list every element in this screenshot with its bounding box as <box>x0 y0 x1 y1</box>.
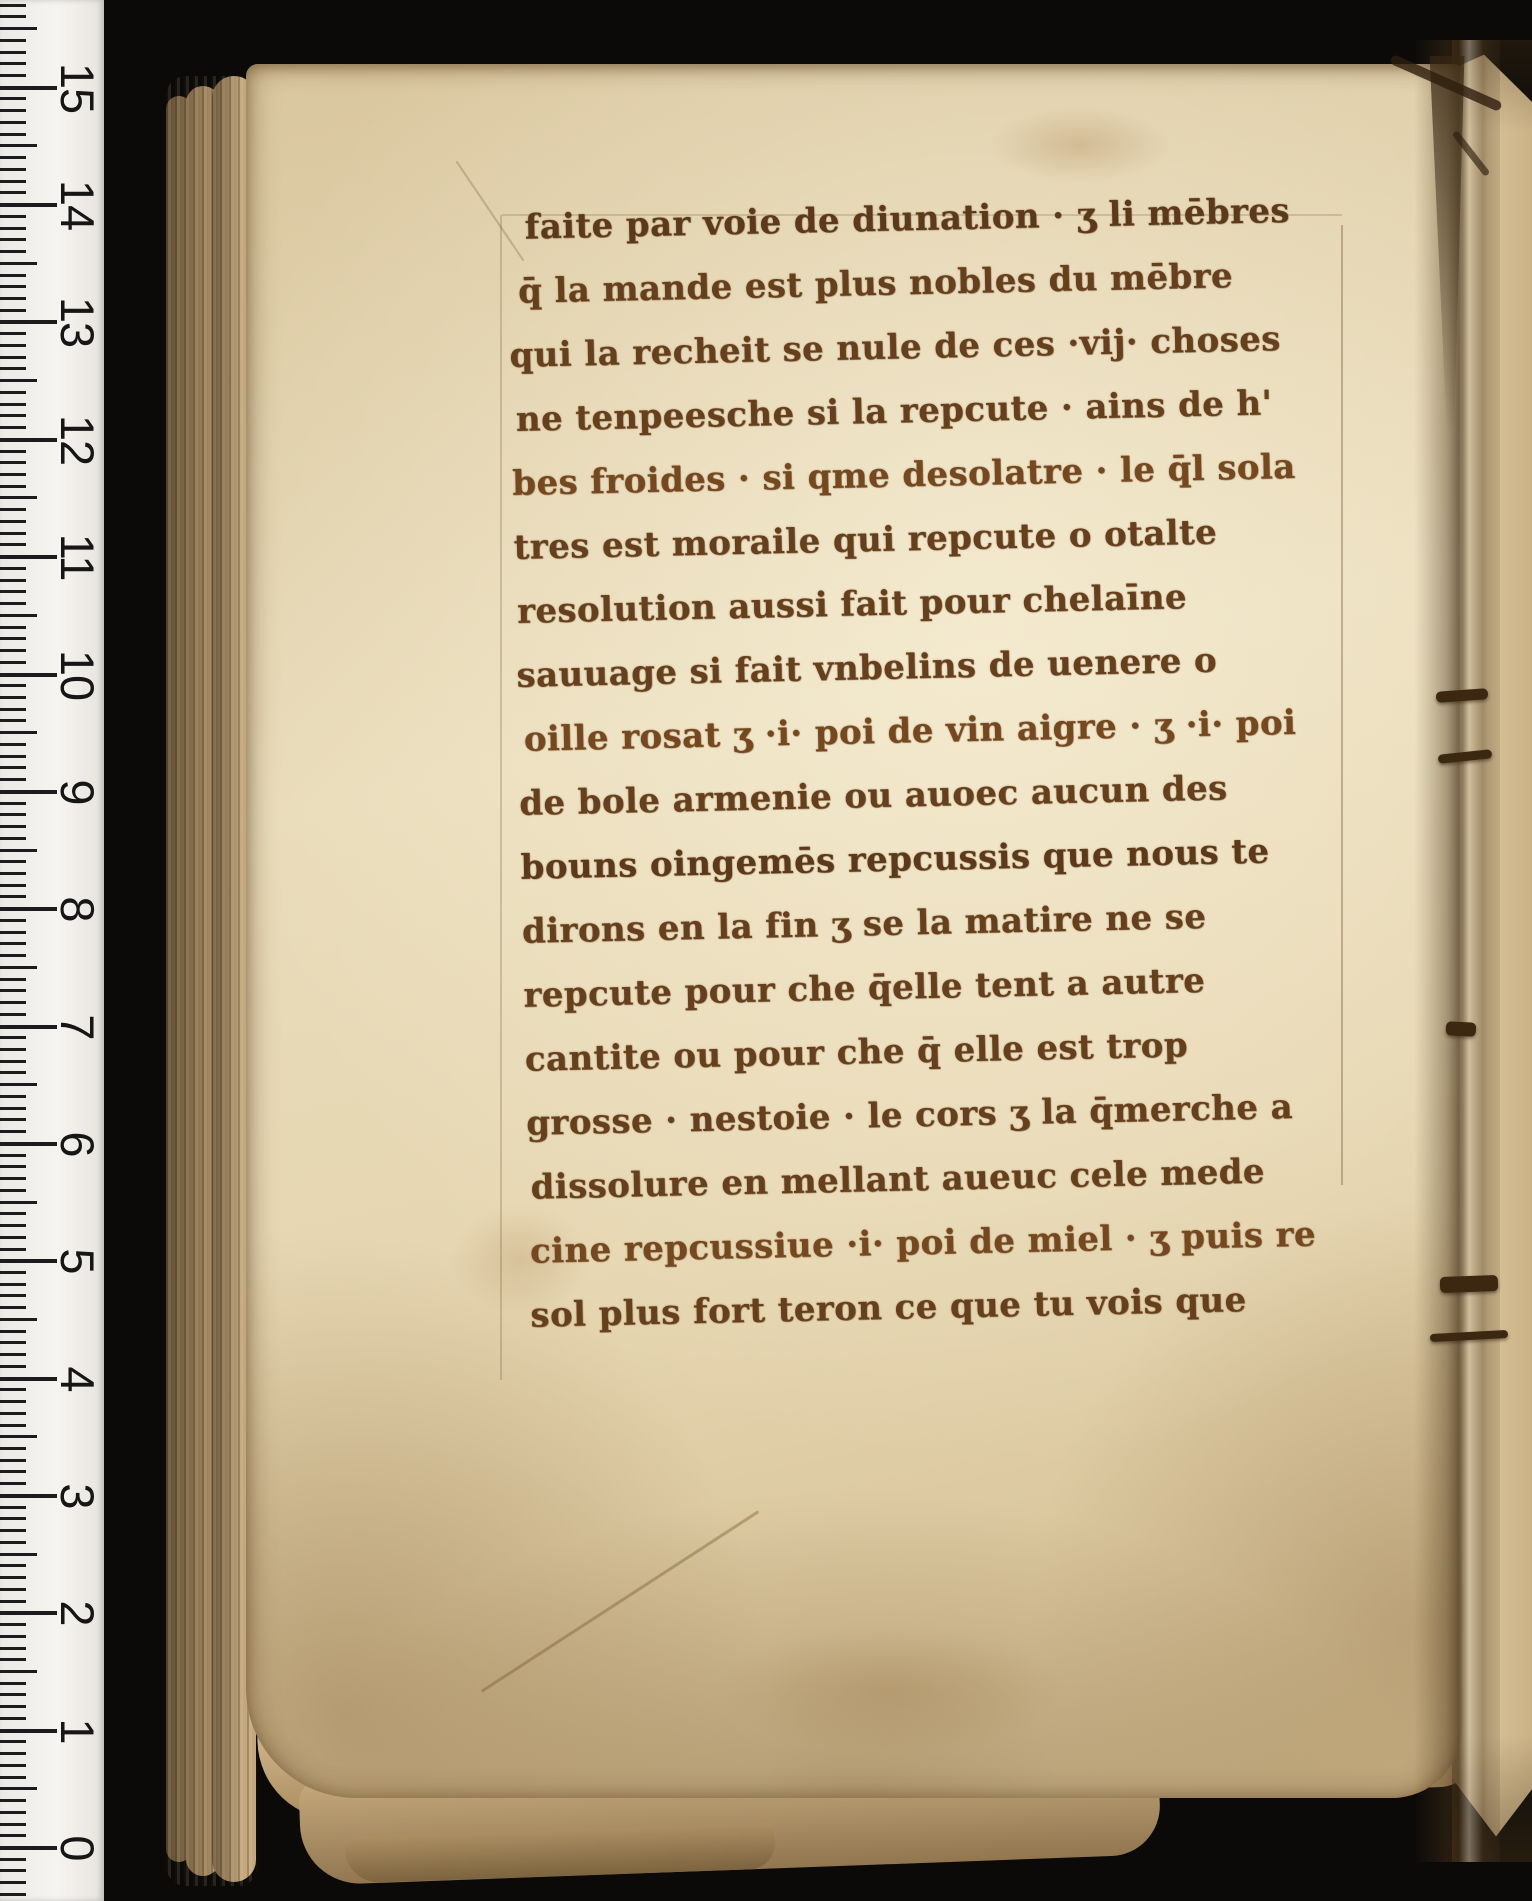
ruler-tick <box>0 1752 26 1755</box>
ruler-tick <box>0 1693 26 1696</box>
ruler-tick <box>0 1823 26 1826</box>
ruler-tick <box>0 97 26 100</box>
ruler-number: 9 <box>50 764 106 820</box>
ruler-tick <box>0 1236 26 1239</box>
ruler-tick <box>0 872 26 875</box>
ruler-tick <box>0 1400 26 1403</box>
ruler-tick <box>0 227 26 230</box>
ruler-tick <box>0 532 26 535</box>
ruler-tick <box>0 297 26 300</box>
ruler-tick <box>0 39 26 42</box>
ruler-tick <box>0 1517 26 1520</box>
ruler-tick <box>0 1564 26 1567</box>
ruler-tick <box>0 555 57 559</box>
ruler-number: 0 <box>50 1820 106 1876</box>
ruler-tick <box>0 567 26 570</box>
ruler-tick <box>0 1201 37 1204</box>
ruler-tick <box>0 766 26 769</box>
ruler-number: 8 <box>50 881 106 937</box>
ruler-tick <box>0 1083 37 1086</box>
ruler-tick <box>0 168 26 171</box>
ruler-tick <box>0 438 57 442</box>
ruler-tick <box>0 1294 26 1297</box>
ruler-tick <box>0 579 26 582</box>
sewing-stitch <box>1440 1275 1499 1293</box>
ruler-number: 11 <box>50 529 106 585</box>
ruling-line-left <box>500 215 502 1380</box>
ruler-tick <box>0 1060 26 1063</box>
page-stack-striations <box>166 76 258 1886</box>
ruler-number: 10 <box>50 647 106 703</box>
ruler: 1514131211109876543210 <box>0 0 104 1901</box>
ruler-tick <box>0 1799 26 1802</box>
ruler-tick <box>0 1846 57 1850</box>
ruler-tick <box>0 391 26 394</box>
ruler-tick <box>0 1787 37 1790</box>
ruler-tick <box>0 708 26 711</box>
ruler-tick <box>0 966 37 969</box>
ruler-tick <box>0 1341 26 1344</box>
ruler-tick <box>0 1130 26 1133</box>
ruler-tick <box>0 696 26 699</box>
ruler-tick <box>0 1776 26 1779</box>
ruler-tick <box>0 1541 26 1544</box>
ruler-tick <box>0 825 26 828</box>
ruler-tick <box>0 802 26 805</box>
ruler-tick <box>0 367 26 370</box>
ruler-tick <box>0 332 26 335</box>
ruler-tick <box>0 1025 57 1029</box>
ruler-number: 2 <box>50 1585 106 1641</box>
ruler-tick <box>0 274 26 277</box>
ruler-tick <box>0 1424 26 1427</box>
ruler-tick <box>0 813 26 816</box>
ruler-tick <box>0 1670 37 1673</box>
manuscript-text-block: faite par voie de diunation · ʒ li mēbre… <box>506 177 1391 1347</box>
ruler-tick <box>0 144 37 147</box>
ruler-tick <box>0 1459 26 1462</box>
ruler-tick <box>0 1600 26 1603</box>
ruler-tick <box>0 1377 57 1381</box>
ruler-tick <box>0 1623 26 1626</box>
ruler-tick <box>0 1611 57 1615</box>
ruler-tick <box>0 356 26 359</box>
ruler-tick <box>0 86 57 90</box>
ruler-tick <box>0 379 37 382</box>
ruler-tick <box>0 1048 26 1051</box>
ruler-tick <box>0 262 37 265</box>
ruler-number: 1 <box>50 1703 106 1759</box>
ruler-tick <box>0 1142 57 1146</box>
ruler-tick <box>0 1412 26 1415</box>
ruler-tick <box>0 1869 26 1872</box>
ruler-tick <box>0 731 37 734</box>
ruler-tick <box>0 508 26 511</box>
ruler-tick <box>0 1271 26 1274</box>
ruler-tick <box>0 1118 26 1121</box>
ruler-tick <box>0 450 26 453</box>
ruler-tick <box>0 1494 57 1498</box>
ruler-number: 4 <box>50 1351 106 1407</box>
ruler-number: 5 <box>50 1233 106 1289</box>
ruler-tick <box>0 180 26 183</box>
ruler-tick <box>0 1306 26 1309</box>
ruler-tick <box>0 1834 26 1837</box>
ruler-tick <box>0 1658 26 1661</box>
ruler-tick <box>0 1729 57 1733</box>
ruler-tick <box>0 74 26 77</box>
ruler-tick <box>0 1212 26 1215</box>
ruler-tick <box>0 614 37 617</box>
ruler-tick <box>0 649 26 652</box>
ruler-tick <box>0 1588 26 1591</box>
ruler-tick <box>0 743 26 746</box>
ruler-tick <box>0 1740 26 1743</box>
ruler-tick <box>0 1470 26 1473</box>
ruler-tick <box>0 1482 26 1485</box>
ruler-tick <box>0 215 26 218</box>
ruler-tick <box>0 907 57 911</box>
ruler-tick <box>0 496 37 499</box>
ruler-tick <box>0 1248 26 1251</box>
ruler-tick <box>0 978 26 981</box>
ruler-tick <box>0 942 26 945</box>
ruler-tick <box>0 285 26 288</box>
ruler-tick <box>0 1071 26 1074</box>
ruler-tick <box>0 1881 26 1884</box>
ruler-tick <box>0 1318 37 1321</box>
ruler-tick <box>0 1858 26 1861</box>
ruler-tick <box>0 1717 26 1720</box>
ruler-tick <box>0 1388 26 1391</box>
ruler-tick <box>0 1447 26 1450</box>
ruler-tick <box>0 414 26 417</box>
ruler-tick <box>0 238 26 241</box>
ruler-tick <box>0 156 26 159</box>
ruler-tick <box>0 109 26 112</box>
ruler-tick <box>0 485 26 488</box>
ruler-tick <box>0 1165 26 1168</box>
ruler-tick <box>0 755 26 758</box>
ruler-tick <box>0 1013 26 1016</box>
ruler-tick <box>0 473 26 476</box>
ruler-tick <box>0 719 26 722</box>
ruler-tick <box>0 1764 26 1767</box>
ruler-tick <box>0 602 26 605</box>
ruler-number: 13 <box>50 294 106 350</box>
ruler-tick <box>0 1177 26 1180</box>
ruler-tick <box>0 1647 26 1650</box>
ruler-tick <box>0 790 57 794</box>
ruler-tick <box>0 309 26 312</box>
ruler-tick <box>0 1705 26 1708</box>
ruler-tick <box>0 1189 26 1192</box>
ruler-tick <box>0 1353 26 1356</box>
ruler-tick <box>0 849 37 852</box>
ruler-tick <box>0 684 26 687</box>
ruler-tick <box>0 895 26 898</box>
ruler-tick <box>0 426 26 429</box>
ruler-tick <box>0 673 57 677</box>
ruler-tick <box>0 1435 37 1438</box>
ruler-tick <box>0 520 26 523</box>
ruler-tick <box>0 931 26 934</box>
ruler-tick <box>0 637 26 640</box>
ruler-tick <box>0 320 57 324</box>
ruler-tick <box>0 954 26 957</box>
ruler-tick <box>0 1095 26 1098</box>
ruler-number: 14 <box>50 177 106 233</box>
ruler-tick <box>0 543 26 546</box>
ruler-tick <box>0 590 26 593</box>
ruler-tick <box>0 1576 26 1579</box>
ruler-number: 15 <box>50 60 106 116</box>
ruler-tick <box>0 1224 26 1227</box>
ruler-number: 12 <box>50 412 106 468</box>
ruler-tick <box>0 1506 26 1509</box>
ruler-tick <box>0 1283 26 1286</box>
ruler-number: 6 <box>50 1116 106 1172</box>
ruler-tick <box>0 1330 26 1333</box>
ruler-tick <box>0 1682 26 1685</box>
ruler-tick <box>0 989 26 992</box>
ruler-tick <box>0 860 26 863</box>
photo-stage: 1514131211109876543210 faite par voie de… <box>0 0 1532 1901</box>
ruler-tick <box>0 1001 26 1004</box>
ruler-tick <box>0 344 26 347</box>
ruler-tick <box>0 1259 57 1263</box>
ruler-tick <box>0 884 26 887</box>
ruler-tick <box>0 1635 26 1638</box>
ruler-tick <box>0 15 26 18</box>
ruler-tick <box>0 191 26 194</box>
ruler-tick <box>0 51 26 54</box>
ruler-tick <box>0 661 26 664</box>
ruler-tick <box>0 1529 26 1532</box>
ruler-tick <box>0 62 26 65</box>
ruler-tick <box>0 1365 26 1368</box>
ruler-tick <box>0 250 26 253</box>
ruler-tick <box>0 919 26 922</box>
ruler-tick <box>0 1036 26 1039</box>
ruler-tick <box>0 461 26 464</box>
ruler-tick <box>0 837 26 840</box>
ruler-tick <box>0 1154 26 1157</box>
ruler-tick <box>0 778 26 781</box>
ruler-tick <box>0 1553 37 1556</box>
ruler-number: 7 <box>50 999 106 1055</box>
ruler-tick <box>0 133 26 136</box>
ruler-tick <box>0 403 26 406</box>
ruler-tick <box>0 626 26 629</box>
ruler-tick <box>0 121 26 124</box>
sewing-stitch <box>1446 1021 1477 1037</box>
ruler-number: 3 <box>50 1468 106 1524</box>
ruler-tick <box>0 1107 26 1110</box>
ruler-tick <box>0 1811 26 1814</box>
ruler-tick <box>0 4 26 7</box>
ruler-tick <box>0 27 37 30</box>
ruler-tick <box>0 1893 26 1896</box>
ruler-tick <box>0 203 57 207</box>
